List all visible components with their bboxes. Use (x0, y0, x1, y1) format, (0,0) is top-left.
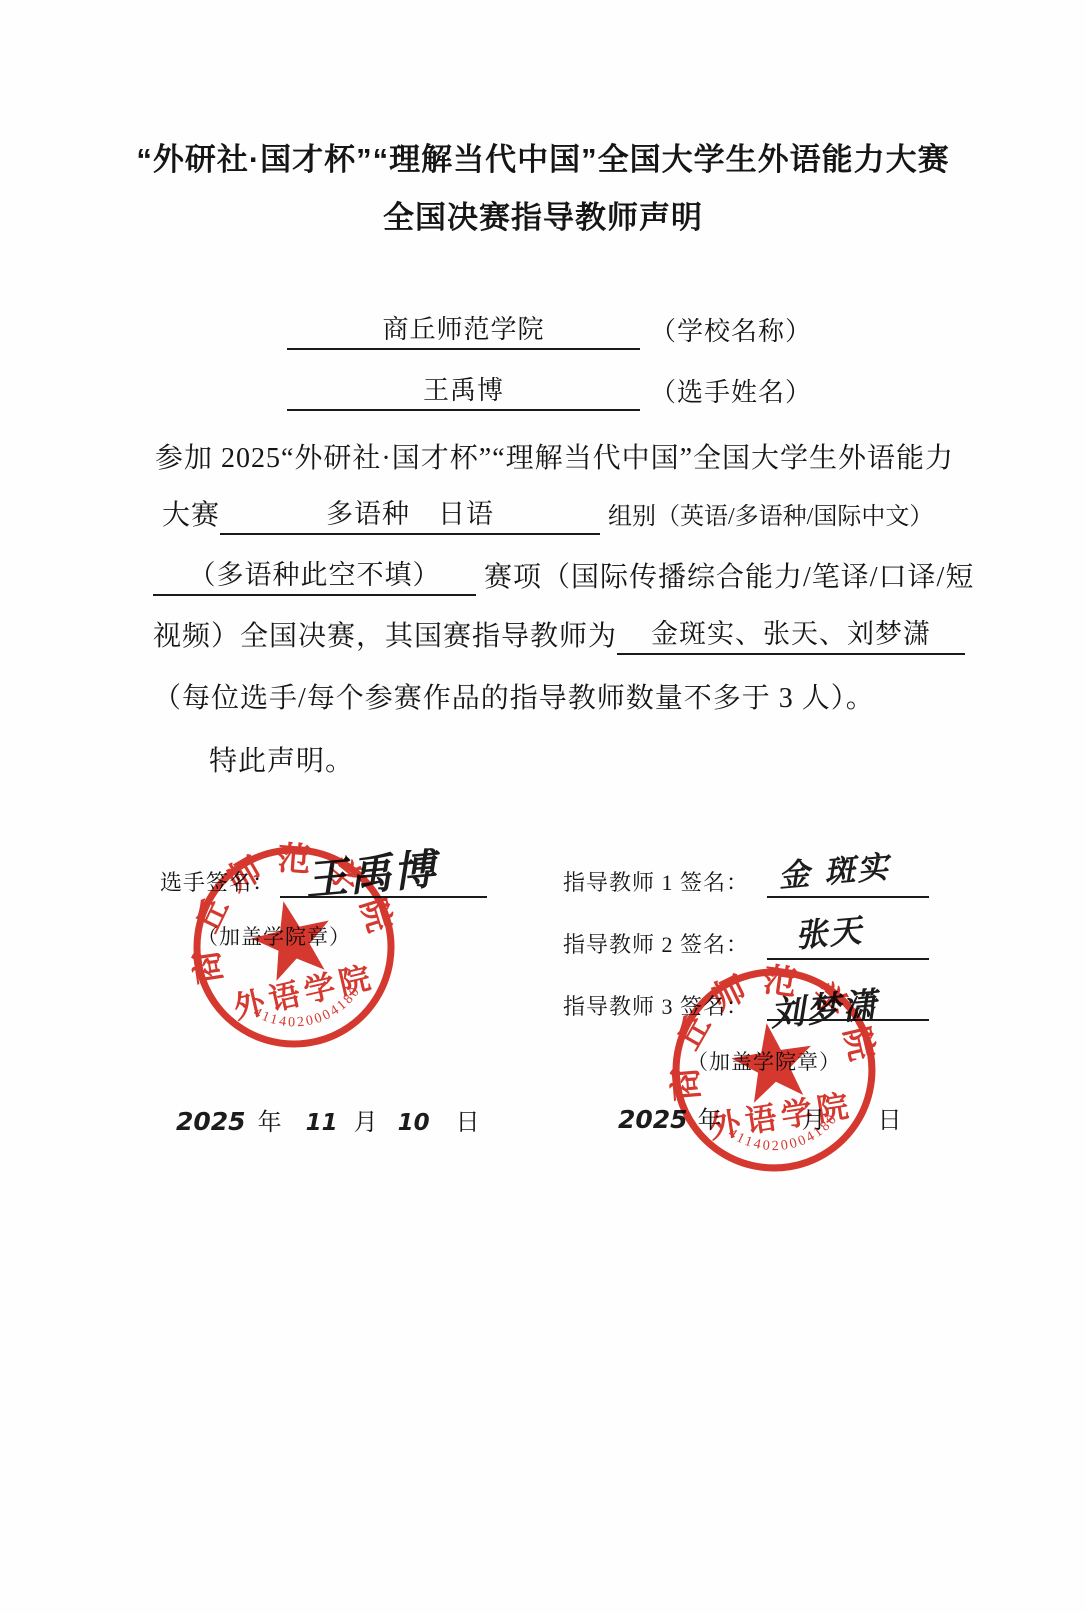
group-field-value: 多语种 日语 (326, 499, 494, 529)
player-name-field[interactable]: 王禹博 (287, 373, 640, 411)
player-name-label: （选手姓名） (650, 378, 812, 407)
body-line-1: 参加 2025“外研社·国才杯”“理解当代中国”全国大学生外语能力 (155, 441, 954, 477)
teacher2-signature-label: 指导教师 2 签名： (563, 928, 749, 959)
body-line2-prefix: 大赛 (162, 500, 220, 531)
school-row: 商丘师范学院（学校名称） (287, 312, 812, 350)
body-line3-suffix: 赛项（国际传播综合能力/笔译/口译/短 (484, 562, 974, 593)
multilingual-blank-note: （多语种此空不填） (189, 560, 441, 590)
group-field[interactable]: 多语种 日语 (220, 496, 600, 535)
date-left-year: 2025 (176, 1107, 246, 1136)
player-name-value: 王禹博 (423, 376, 504, 405)
date-left-day: 10 (398, 1110, 430, 1136)
teachers-field-value: 金斑实、张天、刘梦潇 (651, 619, 931, 649)
seal-star-icon (727, 1017, 819, 1105)
date-left-year-unit: 年 (258, 1102, 282, 1137)
school-name-value: 商丘师范学院 (382, 315, 544, 344)
school-name-field[interactable]: 商丘师范学院 (287, 312, 640, 350)
body-line-2: 大赛多语种 日语组别（英语/多语种/国际中文） (162, 496, 933, 535)
body-line4-prefix: 视频）全国决赛，其国赛指导教师为 (153, 621, 617, 652)
school-seal-right: 商丘师范学院 外语学院 4114020004180 (653, 948, 896, 1193)
player-row: 王禹博（选手姓名） (287, 373, 812, 411)
school-name-label: （学校名称） (650, 317, 812, 346)
date-left-month: 11 (306, 1110, 338, 1136)
closing-statement: 特此声明。 (209, 744, 354, 780)
date-left: 2025 年 11 月 10 日 (176, 1102, 480, 1137)
teacher1-signature-label: 指导教师 1 签名： (563, 866, 749, 897)
body-line-4: 视频）全国决赛，其国赛指导教师为金斑实、张天、刘梦潇 (153, 616, 965, 655)
body-line2-suffix: 组别（英语/多语种/国际中文） (608, 504, 933, 530)
document-title-line2: 全国决赛指导教师声明 (0, 192, 1086, 237)
document-title-line1: “外研社·国才杯”“理解当代中国”全国大学生外语能力大赛 (0, 134, 1086, 179)
declaration-document-page: “外研社·国才杯”“理解当代中国”全国大学生外语能力大赛 全国决赛指导教师声明 … (0, 0, 1086, 1613)
body-line-5: （每位选手/每个参赛作品的指导教师数量不多于 3 人）。 (153, 681, 875, 717)
multilingual-blank-field[interactable]: （多语种此空不填） (153, 557, 476, 596)
teachers-field[interactable]: 金斑实、张天、刘梦潇 (617, 616, 965, 655)
date-left-day-unit: 日 (456, 1102, 480, 1137)
date-left-month-unit: 月 (354, 1102, 378, 1137)
body-line-3: （多语种此空不填）赛项（国际传播综合能力/笔译/口译/短 (153, 557, 974, 596)
